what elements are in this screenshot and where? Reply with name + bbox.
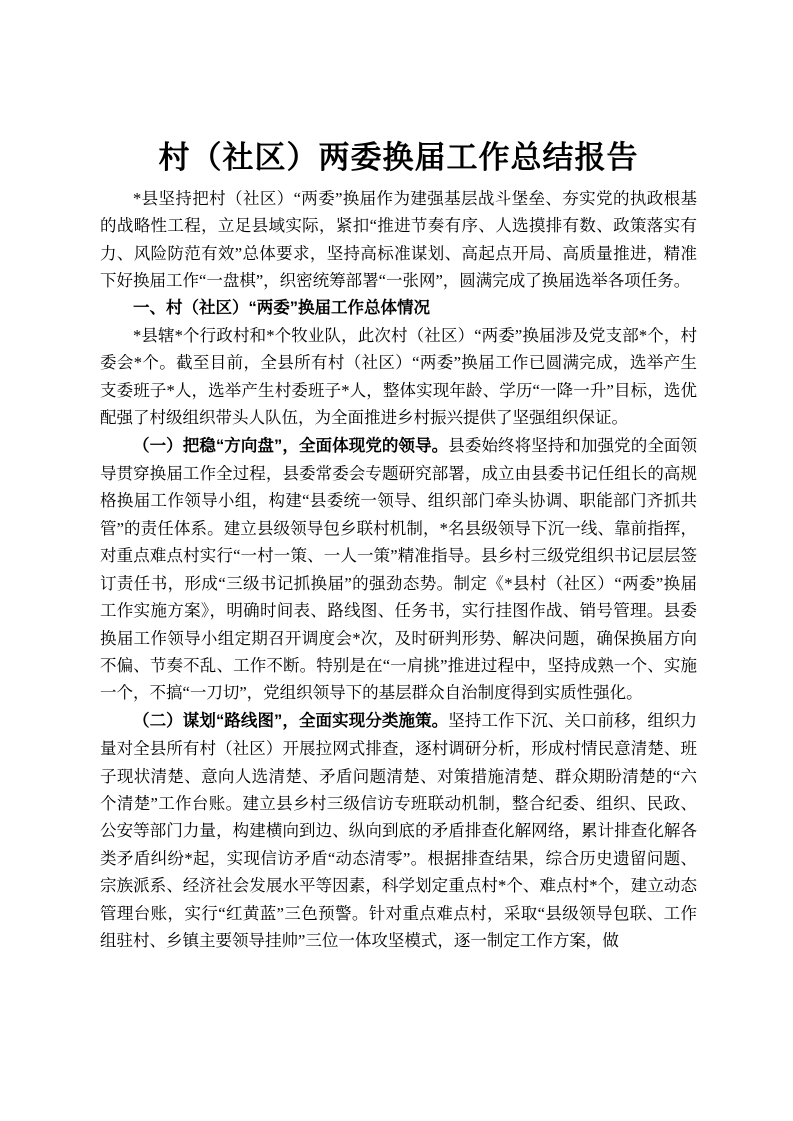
document-title: 村（社区）两委换届工作总结报告 <box>100 137 697 179</box>
section-heading-overall-situation: 一、村（社区）“两委”换届工作总体情况 <box>100 295 697 322</box>
subsection-1-lead: （一）把稳“方向盘”，全面体现党的领导。 <box>133 437 448 455</box>
document-page: 村（社区）两委换届工作总结报告 *县坚持把村（社区）“两委”换届作为建强基层战斗… <box>0 0 793 1121</box>
subsection-2-body: 坚持工作下沉、关口前移，组织力量对全县所有村（社区）开展拉网式排查，逐村调研分析… <box>100 711 697 950</box>
subsection-1-body: 县委始终将坚持和加强党的全面领导贯穿换届工作全过程，县委常委会专题研究部署，成立… <box>100 436 697 703</box>
paragraph-subsection-1: （一）把稳“方向盘”，全面体现党的领导。县委始终将坚持和加强党的全面领导贯穿换届… <box>100 432 697 707</box>
paragraph-subsection-2: （二）谋划“路线图”，全面实现分类施策。坚持工作下沉、关口前移，组织力量对全县所… <box>100 707 697 955</box>
paragraph-overall-situation: *县辖*个行政村和*个牧业队，此次村（社区）“两委”换届涉及党支部*个，村委会*… <box>100 322 697 432</box>
paragraph-intro: *县坚持把村（社区）“两委”换届作为建强基层战斗堡垒、夯实党的执政根基的战略性工… <box>100 185 697 295</box>
subsection-2-lead: （二）谋划“路线图”，全面实现分类施策。 <box>133 712 448 730</box>
